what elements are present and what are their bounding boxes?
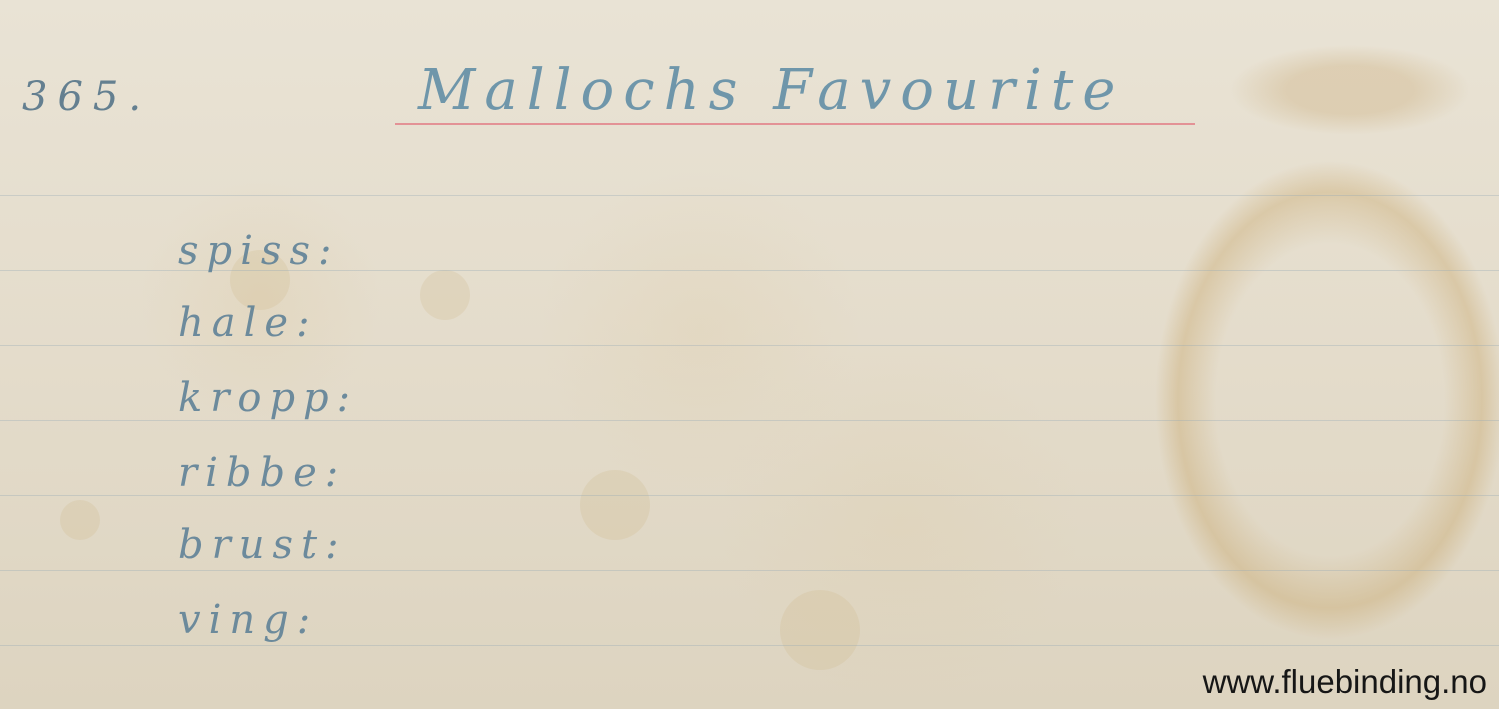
ruled-line — [0, 570, 1499, 571]
page-title: Mallochs Favourite — [418, 58, 1124, 123]
field-label-hale: hale: — [178, 300, 318, 346]
paper-stain — [780, 590, 860, 670]
paper-stain — [580, 470, 650, 540]
paper-stain — [420, 270, 470, 320]
field-label-kropp: kropp: — [178, 375, 358, 421]
title-underline — [395, 123, 1195, 125]
notebook-page: 365. Mallochs Favourite spiss: hale: kro… — [0, 0, 1499, 709]
field-label-brust: brust: — [178, 522, 347, 568]
website-watermark: www.fluebinding.no — [1203, 663, 1487, 701]
field-label-ribbe: ribbe: — [178, 450, 346, 496]
field-label-ving: ving: — [178, 597, 318, 643]
paper-stain — [60, 500, 100, 540]
ruled-line — [0, 645, 1499, 646]
field-label-spiss: spiss: — [178, 228, 339, 274]
ruled-line — [0, 195, 1499, 196]
entry-number: 365. — [22, 74, 151, 120]
